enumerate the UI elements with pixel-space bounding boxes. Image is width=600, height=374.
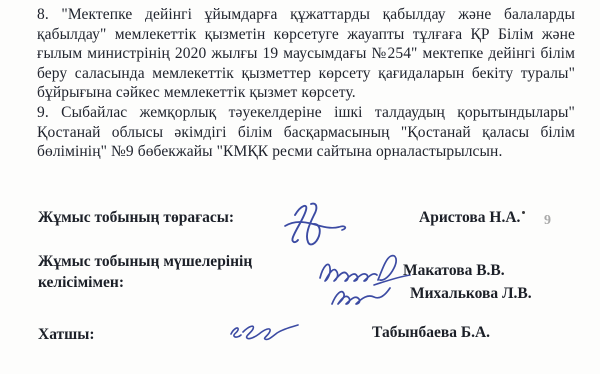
label-working-group-members: Жұмыс тобының мүшелерінің келісімімен: [38,251,280,293]
paragraph-9: 9. Сыбайлас жемқорлық тәуекелдеріне ішкі… [37,103,575,162]
scanned-document-page: 8. "Мектепке дейінгі ұйымдарға құжаттард… [0,0,600,374]
name-aristova: Аристова Н.А. [419,209,520,227]
signature-aristova [281,201,355,249]
signature-tabynbaeva [225,318,303,344]
document-body: 8. "Мектепке дейінгі ұйымдарға құжаттард… [37,5,575,162]
name-mikhalkova: Михалькова Л.В. [410,285,532,303]
name-makatova: Макатова В.В. [403,262,505,280]
label-secretary: Хатшы: [38,324,95,345]
label-working-group-chairman: Жұмыс тобының төрағасы: [38,207,234,228]
paragraph-8: 8. "Мектепке дейінгі ұйымдарға құжаттард… [37,5,575,103]
signature-mikhalkova [326,280,406,310]
scan-artifact-mark: 9 [544,213,551,229]
scan-artifact-speck [522,211,525,214]
name-tabynbaeva: Табынбаева Б.А. [372,324,490,342]
